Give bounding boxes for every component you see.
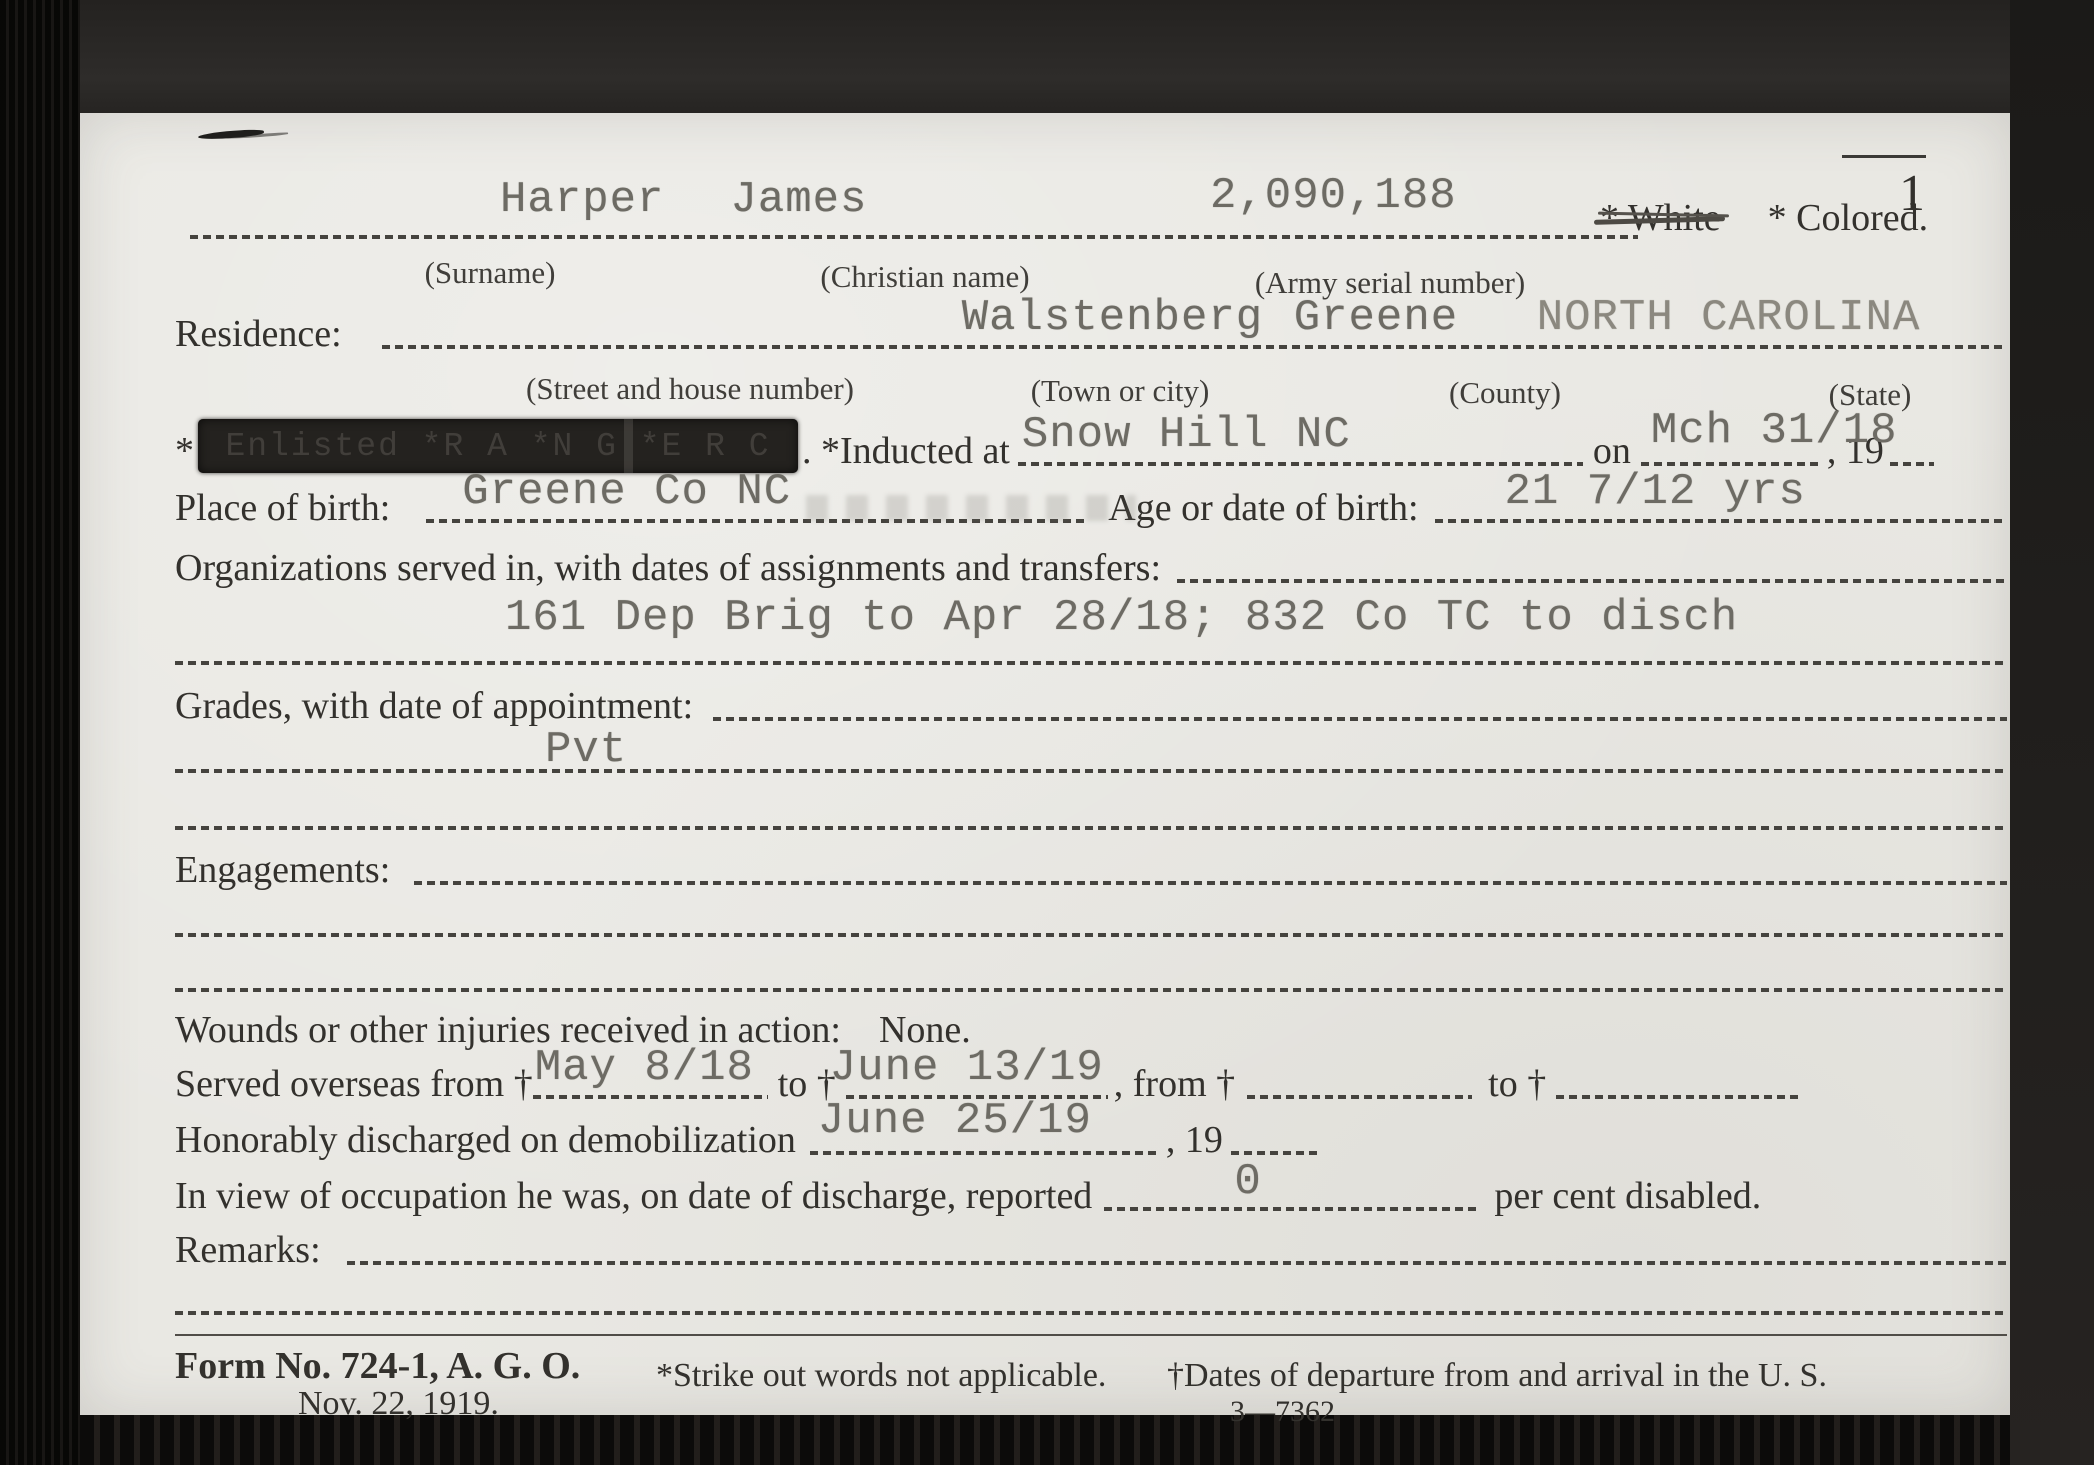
race-colored-label: * Colored. [1768, 197, 1928, 239]
scan-border-top [80, 0, 2010, 113]
redacted-enlistment-text: Enlisted *R A *N G *E R C [225, 428, 770, 465]
disability-suffix: per cent disabled. [1476, 1175, 1761, 1218]
christian-name-value: James [730, 175, 867, 225]
scan-border-right [2010, 0, 2094, 1465]
erased-text-smudge [806, 495, 1136, 521]
pencil-mark [198, 129, 264, 141]
inducted-place-line: Snow Hill NC [1018, 462, 1583, 466]
overseas-from2-label: , from † [1108, 1063, 1247, 1106]
grades-line-3 [175, 826, 2007, 830]
residence-county-value: Greene [1294, 293, 1458, 343]
inducted-date-line: Mch 31/18 [1641, 462, 1821, 466]
engagements-label: Engagements: [175, 849, 414, 892]
induction-year-line [1890, 462, 1934, 466]
organizations-row: Organizations served in, with dates of a… [175, 547, 2007, 590]
discharge-year-label: , 19 [1158, 1119, 1231, 1162]
footer-rule [175, 1334, 2007, 1336]
grades-line-2 [175, 769, 2007, 773]
remarks-row: Remarks: [175, 1229, 2007, 1272]
race-white-label: * White [1600, 197, 1721, 240]
residence-town-value: Walstenberg [962, 293, 1263, 343]
overseas-to-value: June 13/19 [830, 1043, 1104, 1093]
surname-label: (Surname) [380, 255, 600, 291]
discharge-date-value: June 25/19 [818, 1096, 1092, 1146]
inducted-at-label: . *Inducted at [798, 430, 1018, 473]
birth-place-line: Greene Co NC [426, 519, 1086, 523]
disability-row: In view of occupation he was, on date of… [175, 1175, 1761, 1218]
residence-state-value: NORTH CAROLINA [1537, 293, 1921, 343]
engagements-line-3 [175, 988, 2007, 992]
scan-border-left [0, 0, 80, 1465]
residence-line: Walstenberg Greene NORTH CAROLINA [382, 345, 2007, 349]
organizations-value: 161 Dep Brig to Apr 28/18; 832 Co TC to … [505, 593, 1738, 643]
grades-line-1 [713, 717, 2007, 721]
organizations-line-1 [1177, 579, 2007, 583]
remarks-label: Remarks: [175, 1229, 347, 1272]
engagements-line-1 [414, 881, 2007, 885]
remarks-line-2 [175, 1311, 2007, 1315]
birth-row: Place of birth: Greene Co NC Age or date… [175, 487, 2007, 530]
remarks-line-1 [347, 1261, 2007, 1265]
birth-place-value: Greene Co NC [462, 467, 791, 517]
surname-value: Harper [500, 175, 664, 225]
redaction-bar: Enlisted *R A *N G *E R C [198, 419, 798, 473]
christian-name-label: (Christian name) [785, 259, 1065, 295]
disability-label: In view of occupation he was, on date of… [175, 1175, 1092, 1218]
form-date: Nov. 22, 1919. [298, 1385, 499, 1423]
street-label: (Street and house number) [520, 371, 860, 407]
departure-dates-note: †Dates of departure from and arrival in … [1167, 1357, 1827, 1395]
grades-value: Pvt [545, 725, 627, 775]
overseas-from2-line [1247, 1095, 1472, 1099]
county-label: (County) [1405, 375, 1605, 411]
overseas-to2-line [1556, 1095, 1801, 1099]
residence-label: Residence: [175, 313, 382, 356]
age-line: 21 7/12 yrs [1435, 519, 2007, 523]
engagements-line-2 [175, 933, 2007, 937]
organizations-label: Organizations served in, with dates of a… [175, 547, 1177, 590]
scanned-service-card-page: 1 Harper James 2,090,188 * White * Color… [0, 0, 2094, 1465]
inducted-date-value: Mch 31/18 [1651, 406, 1898, 456]
overseas-label: Served overseas from † [175, 1063, 533, 1106]
disability-value-line: 0 [1104, 1207, 1476, 1211]
overseas-from-value: May 8/18 [535, 1043, 754, 1093]
name-typed-group: Harper James [500, 175, 867, 225]
discharge-year-line [1231, 1151, 1319, 1155]
discharge-date-line: June 25/19 [810, 1151, 1158, 1155]
service-record-card: 1 Harper James 2,090,188 * White * Color… [80, 113, 2010, 1415]
disability-value: 0 [1234, 1157, 1261, 1207]
enlistment-asterisk: * [175, 430, 198, 473]
engagements-row: Engagements: [175, 849, 2007, 892]
form-number: Form No. 724-1, A. G. O. [175, 1345, 580, 1388]
organizations-line-2 [175, 661, 2007, 665]
overseas-to2-label: to † [1472, 1063, 1556, 1106]
grades-label: Grades, with date of appointment: [175, 685, 713, 728]
race-selection: * White * Colored. [1600, 197, 1928, 240]
overseas-from-line: May 8/18 [533, 1095, 768, 1099]
army-serial-value: 2,090,188 [1210, 171, 1457, 221]
discharge-label: Honorably discharged on demobilization [175, 1119, 796, 1162]
strike-out-note: *Strike out words not applicable. [656, 1357, 1106, 1395]
town-label: (Town or city) [1000, 373, 1240, 409]
discharge-row: Honorably discharged on demobilization J… [175, 1119, 1319, 1162]
inducted-place-value: Snow Hill NC [1022, 410, 1351, 460]
enlistment-row: * Enlisted *R A *N G *E R C . *Inducted … [175, 419, 2007, 473]
grades-row: Grades, with date of appointment: [175, 685, 2007, 728]
age-value: 21 7/12 yrs [1505, 467, 1806, 517]
residence-row: Residence: Walstenberg Greene NORTH CARO… [175, 313, 2007, 356]
age-label: Age or date of birth: [1086, 487, 1434, 530]
page-number-rule [1842, 155, 1926, 158]
birth-label: Place of birth: [175, 487, 426, 530]
print-code: 3—7362 [1230, 1395, 1335, 1429]
